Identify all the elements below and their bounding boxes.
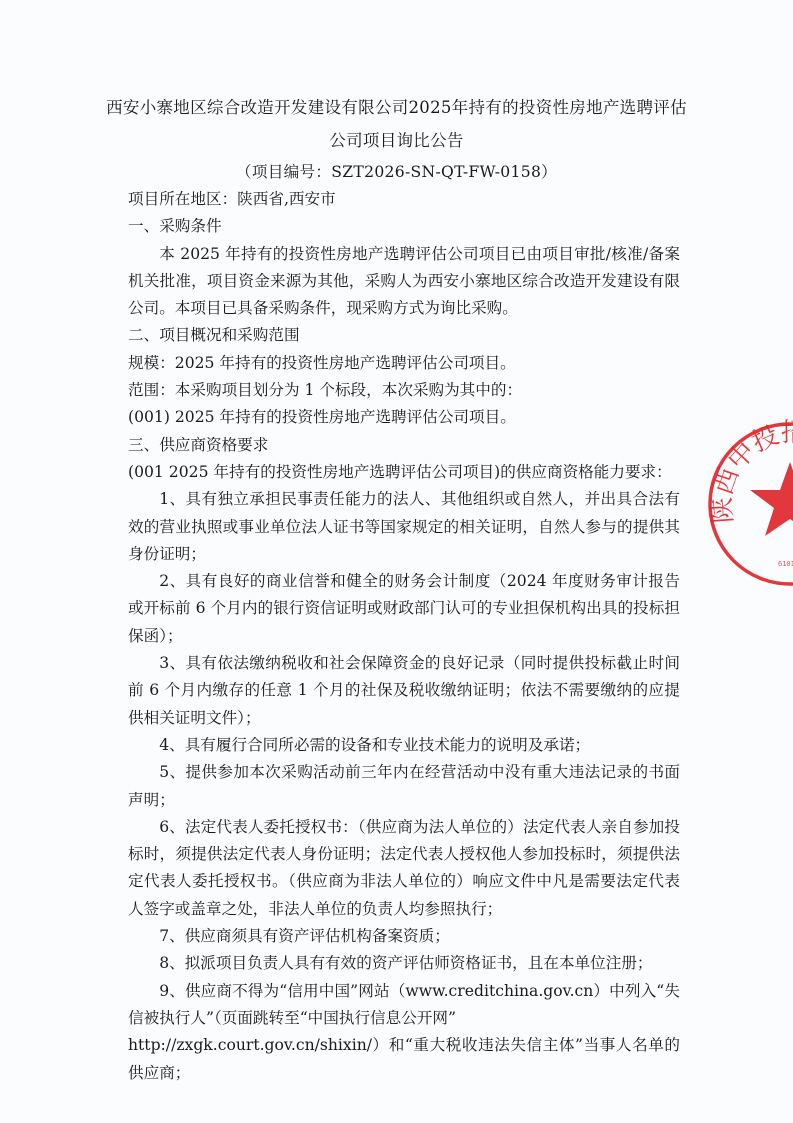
- requirement-item: 6、法定代表人委托授权书：（供应商为法人单位的）法定代表人亲自参加投标时，须提供…: [128, 814, 680, 923]
- requirement-item-9-part-1: 9、供应商不得为“信用中国”网站（www.creditchina.gov.cn）…: [128, 978, 680, 1033]
- requirement-item: 8、拟派项目负责人具有有效的资产评估师资格证书，且在本单位注册；: [128, 950, 680, 977]
- project-scope: 范围：本采购项目划分为 1 个标段，本次采购为其中的：: [128, 377, 680, 404]
- document-title-line-1: 西安小寨地区综合改造开发建设有限公司2025年持有的投资性房地产选聘评估: [0, 94, 793, 118]
- procurement-conditions-paragraph: 本 2025 年持有的投资性房地产选聘评估公司项目已由项目审批/核准/备案机关批…: [128, 241, 680, 323]
- project-lot: (001) 2025 年持有的投资性房地产选聘评估公司项目。: [128, 404, 680, 431]
- requirement-item: 1、具有独立承担民事责任能力的法人、其他组织或自然人，并出具合法有效的营业执照或…: [128, 486, 680, 568]
- star-icon: [750, 462, 793, 536]
- requirement-item: 4、具有履行合同所必需的设备和专业技术能力的说明及承诺；: [128, 732, 680, 759]
- section-heading-project-overview: 二、项目概况和采购范围: [128, 322, 680, 349]
- project-scale: 规模：2025 年持有的投资性房地产选聘评估公司项目。: [128, 350, 680, 377]
- requirement-item: 7、供应商须具有资产评估机构备案资质；: [128, 923, 680, 950]
- project-location: 项目所在地区：陕西省,西安市: [128, 186, 680, 213]
- document-page: 西安小寨地区综合改造开发建设有限公司2025年持有的投资性房地产选聘评估 公司项…: [0, 0, 793, 1123]
- section-heading-procurement-conditions: 一、采购条件: [128, 213, 680, 240]
- requirement-item-9-part-2: http://zxgk.court.gov.cn/shixin/）和“重大税收违…: [128, 1032, 680, 1087]
- project-number: （项目编号：SZT2026-SN-QT-FW-0158）: [0, 160, 793, 182]
- section-heading-supplier-qualifications: 三、供应商资格要求: [128, 432, 680, 459]
- document-body: 项目所在地区：陕西省,西安市 一、采购条件 本 2025 年持有的投资性房地产选…: [128, 186, 680, 1087]
- requirement-item: 3、具有依法缴纳税收和社会保障资金的良好记录（同时提供投标截止时间前 6 个月内…: [128, 650, 680, 732]
- document-title-line-2: 公司项目询比公告: [0, 127, 793, 151]
- official-seal-stamp: 陕西中投招标 61010000: [704, 418, 793, 590]
- requirement-item: 2、具有良好的商业信誉和健全的财务会计制度（2024 年度财务审计报告或开标前 …: [128, 568, 680, 650]
- qualifications-intro: (001 2025 年持有的投资性房地产选聘评估公司项目)的供应商资格能力要求：: [128, 459, 680, 486]
- stamp-serial: 61010000: [778, 560, 793, 568]
- requirement-item: 5、提供参加本次采购活动前三年内在经营活动中没有重大违法记录的书面声明；: [128, 759, 680, 814]
